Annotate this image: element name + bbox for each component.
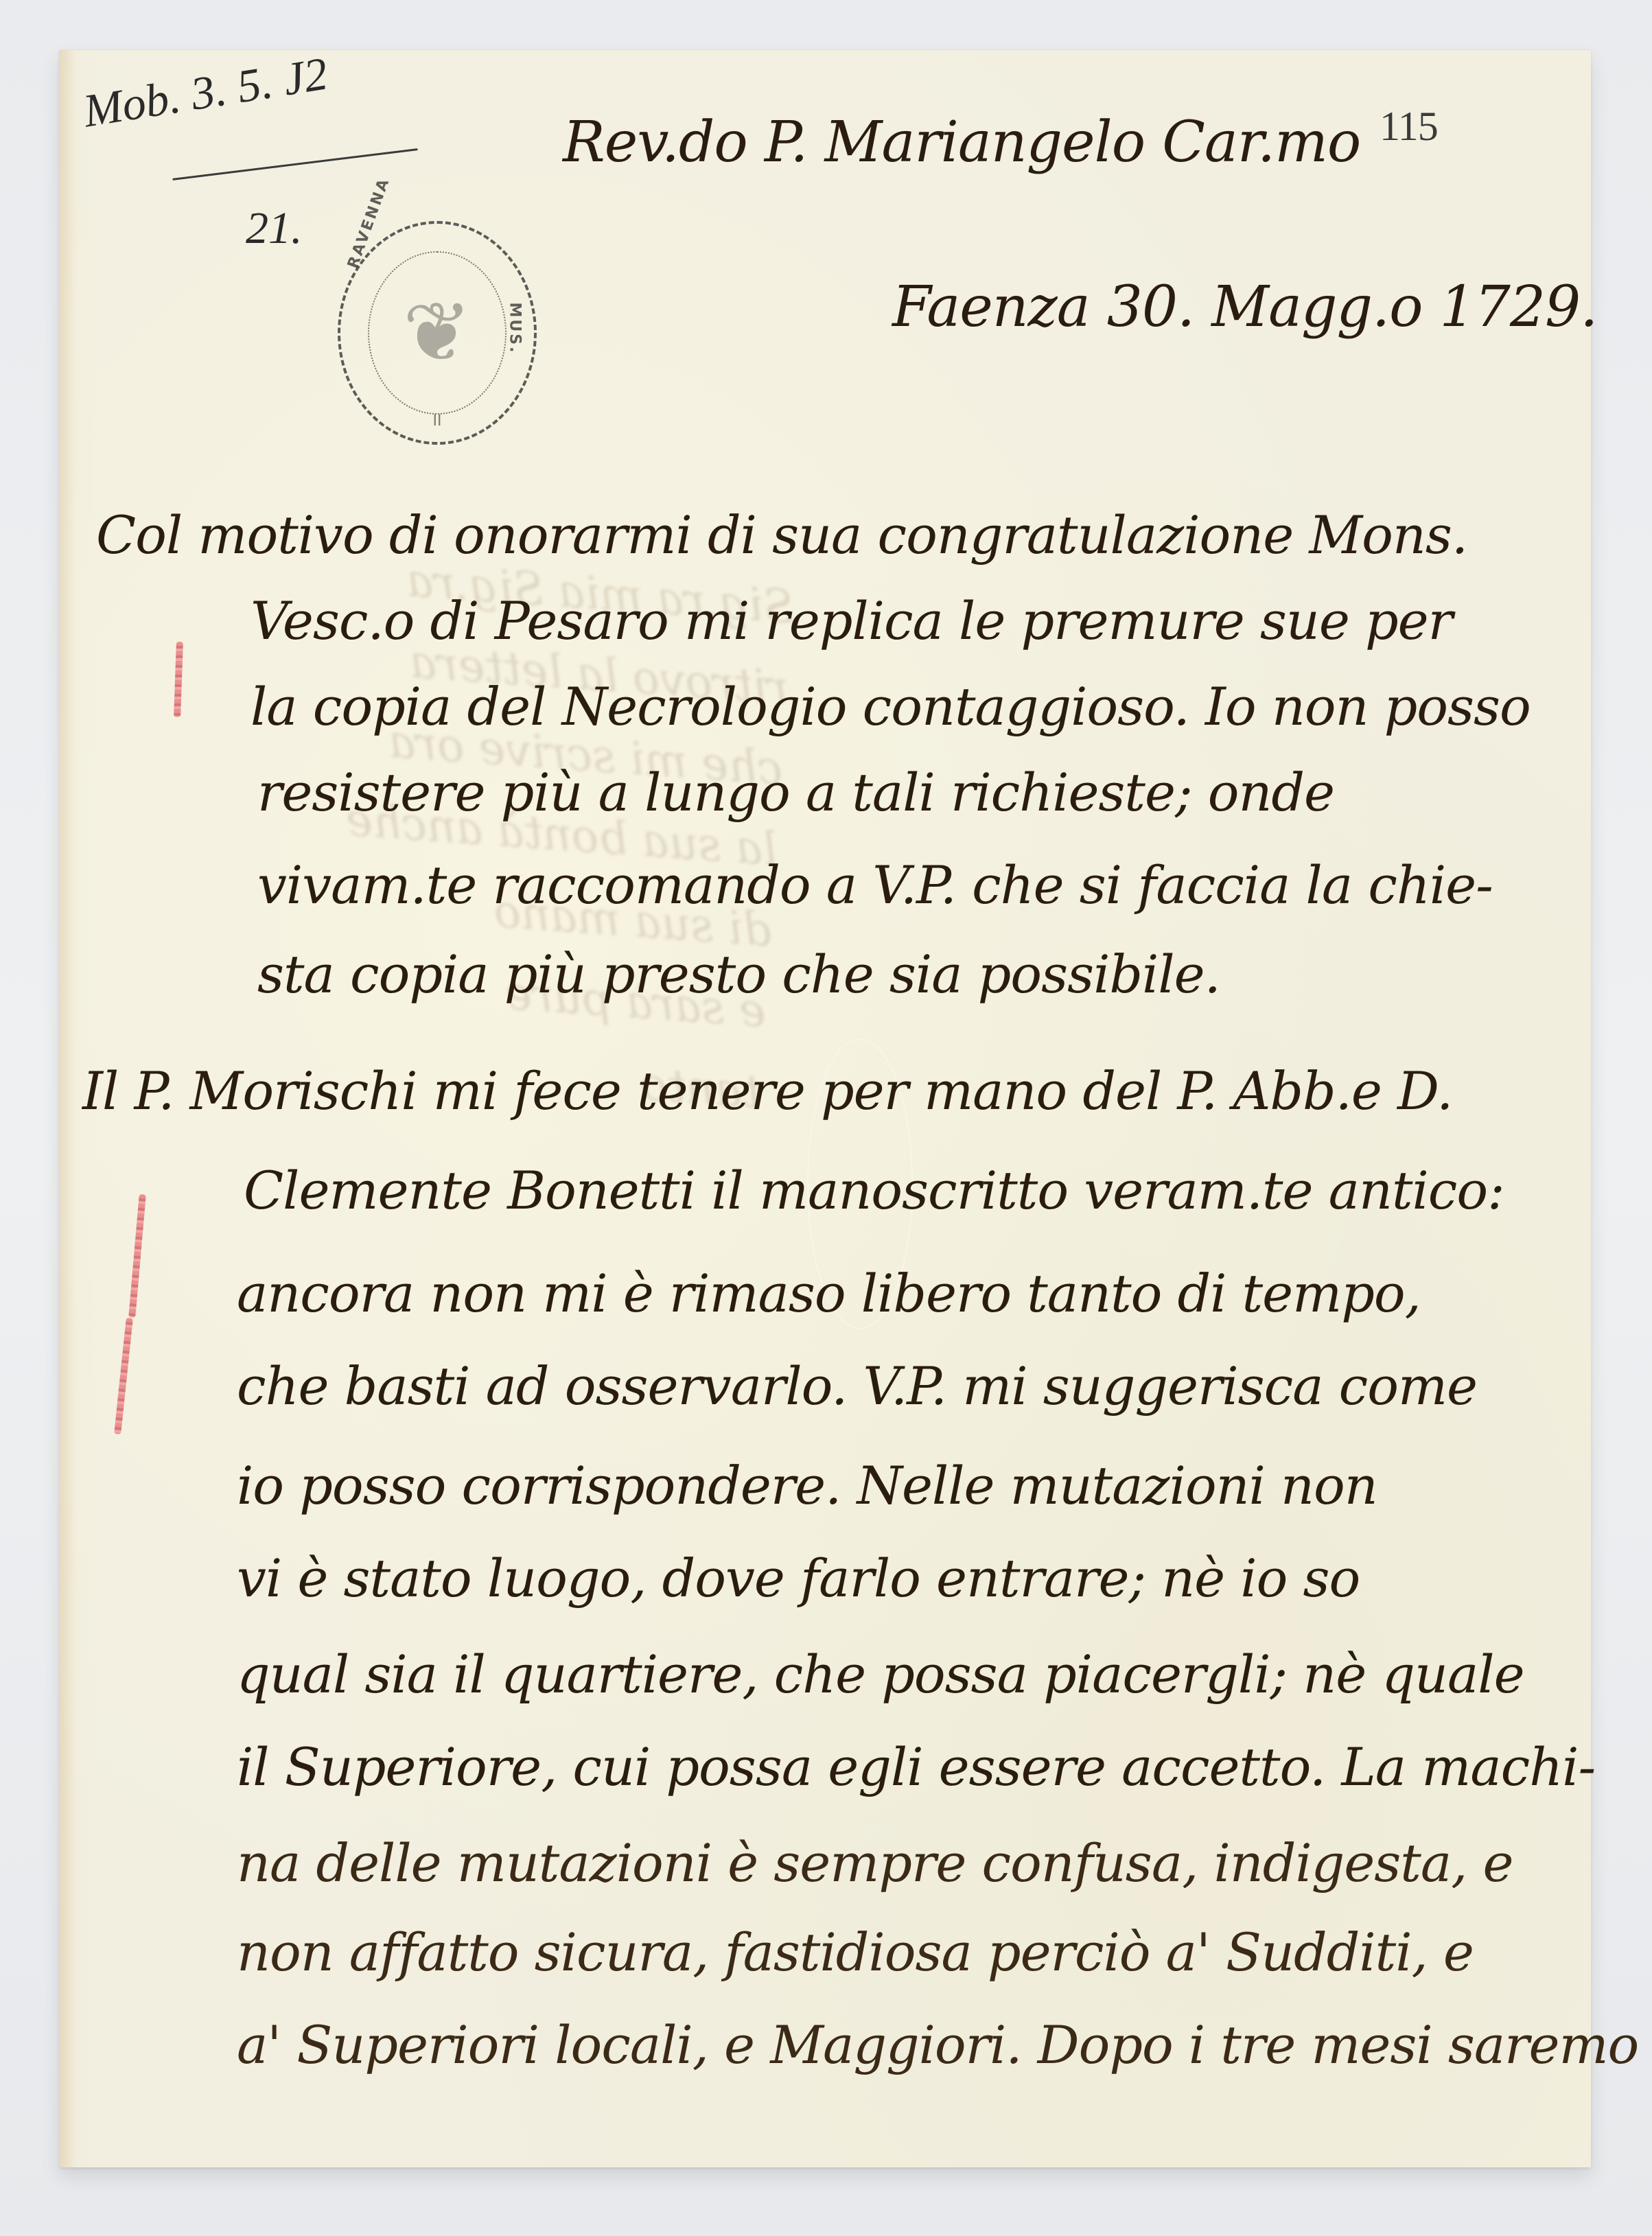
folio-number: 115 [1380, 103, 1438, 150]
line-p1-2: Vesc.o di Pesaro mi replica le premure s… [251, 590, 1452, 651]
line-p1-1: Col motivo di onorarmi di sua congratula… [96, 504, 1467, 566]
eagle-emblem-icon: ❦ [403, 286, 472, 381]
line-p2-10: non affatto sicura, fastidiosa perciò a'… [237, 1922, 1474, 1983]
line-p1-3: la copia del Necrologio contaggioso. Io … [251, 676, 1531, 737]
line-p1-4: resistere più a lungo a tali richieste; … [257, 762, 1334, 823]
line-p2-6: vi è stato luogo, dove farlo entrare; nè… [237, 1548, 1360, 1609]
library-stamp: RAVENNA MUS. ❦ II [338, 221, 537, 445]
line-p2-7: qual sia il quartiere, che possa piacerg… [237, 1644, 1524, 1705]
line-p1-5: vivam.te raccomando a V.P. che si faccia… [257, 854, 1493, 916]
line-p2-4: che basti ad osservarlo. V.P. mi suggeri… [237, 1355, 1477, 1417]
line-p2-1: Il P. Morischi mi fece tenere per mano d… [82, 1060, 1452, 1121]
salutation: Rev.do P. Mariangelo Car.mo [563, 110, 1360, 175]
line-p2-5: io posso corrispondere. Nelle mutazioni … [237, 1455, 1377, 1516]
line-p2-3: ancora non mi è rimaso libero tanto di t… [237, 1263, 1421, 1324]
line-p2-2: Clemente Bonetti il manoscritto veram.te… [244, 1160, 1504, 1221]
line-p2-11: a' Superiori locali, e Maggiori. Dopo i … [237, 2014, 1638, 2075]
place-date: Faenza 30. Magg.o 1729. [892, 275, 1597, 340]
line-p2-9: na delle mutazioni è sempre confusa, ind… [237, 1832, 1513, 1894]
stamp-text-right: MUS. [507, 303, 524, 355]
line-p1-6: sta copia più presto che sia possibile. [257, 944, 1220, 1005]
shelfmark-number: 21. [246, 202, 303, 255]
stamp-text-bottom: II [433, 412, 442, 430]
line-p2-8: il Superiore, cui possa egli essere acce… [237, 1736, 1595, 1797]
